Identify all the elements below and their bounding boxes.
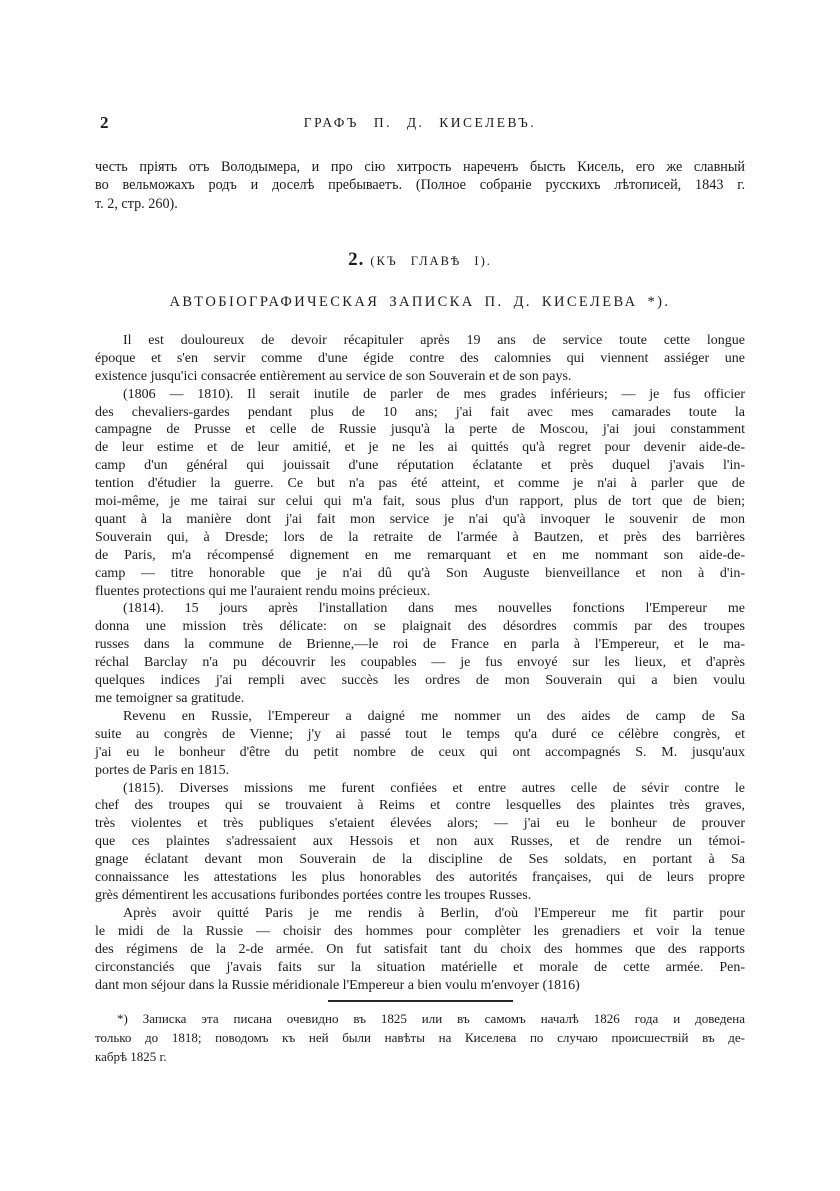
footnote: *) Записка эта писана очевидно въ 1825 и… [95,1010,745,1066]
text-line: de Paris, m'a récompensé dignement en me… [95,547,745,565]
text-line: tention d'étudier la guerre. Ce but n'a … [95,475,745,493]
text-line: Revenu en Russie, l'Empereur a daigné me… [95,708,745,726]
page-header: 2 ГРАФЪ П. Д. КИСЕЛЕВЪ. [95,115,745,135]
text-line: честь пріять отъ Володымера, и про сію х… [95,158,745,176]
paragraph: (1814). 15 jours après l'installation da… [95,600,745,707]
paragraph: *) Записка эта писана очевидно въ 1825 и… [95,1010,745,1066]
text-line: (1806 — 1810). Il serait inutile de parl… [95,386,745,404]
text-line: des régimens de la 2-de armée. On fut sa… [95,941,745,959]
text-line: réchal Barclay n'a pu découvrir les coup… [95,654,745,672]
page-number: 2 [100,113,109,133]
article-heading: АВТОБІОГРАФИЧЕСКАЯ ЗАПИСКА П. Д. КИСЕЛЕВ… [95,294,745,311]
section-heading: 2.(КЪ ГЛАВѢ I). [95,248,745,273]
text-line: russes dans la commune de Brienne,—le ro… [95,636,745,654]
text-line: campagne de Prusse et celle de Russie ju… [95,421,745,439]
text-line: de leur estime et de leur amitié, et je … [95,439,745,457]
text-line: т. 2, стр. 260). [95,195,745,213]
text-line: très violentes et très publiques s'etaie… [95,815,745,833]
intro-note: честь пріять отъ Володымера, и про сію х… [95,158,745,213]
text-line: époque et s'en servir comme d'une égide … [95,350,745,368]
running-title: ГРАФЪ П. Д. КИСЕЛЕВЪ. [95,115,745,131]
text-line: que ces plaintes s'adressaient aux Hesso… [95,833,745,851]
text-line: camp — titre honorable que je n'ai dû qu… [95,565,745,583]
text-line: moi-même, je me tairai sur celui qui m'a… [95,493,745,511]
section-number: 2. [348,249,364,270]
text-line: gnage éclatant devant mon Souverain de l… [95,851,745,869]
text-line: chef des troupes qui se trouvaient à Rei… [95,797,745,815]
paragraph: Il est douloureux de devoir récapituler … [95,332,745,386]
body-text: Il est douloureux de devoir récapituler … [95,332,745,995]
book-page: 2 ГРАФЪ П. Д. КИСЕЛЕВЪ. честь пріять отъ… [0,0,840,1191]
text-line: circonstanciés que j'avais faits sur la … [95,959,745,977]
text-line: connaissance les attestations les plus h… [95,869,745,887]
text-line: Il est douloureux de devoir récapituler … [95,332,745,350]
paragraph: честь пріять отъ Володымера, и про сію х… [95,158,745,213]
text-line: des chevaliers-gardes pendant plus de 10… [95,404,745,422]
text-line: quelques indices j'ai rempli avec succès… [95,672,745,690]
text-line: le midi de la Russie — choisir des homme… [95,923,745,941]
paragraph: Après avoir quitté Paris je me rendis à … [95,905,745,995]
text-line: quant à la manière dont j'ai fait mon se… [95,511,745,529]
text-line: me temoigner sa gratitude. [95,690,745,708]
text-line: dant mon séjour dans la Russie méridiona… [95,977,745,995]
paragraph: (1806 — 1810). Il serait inutile de parl… [95,386,745,601]
text-line: camp d'un général qui jouissait d'une ré… [95,457,745,475]
text-line: portes de Paris en 1815. [95,762,745,780]
text-line: suite au congrès de Vienne; j'y ai passé… [95,726,745,744]
text-line: donna une mission très délicate: on se p… [95,618,745,636]
text-line: grès démentirent les accusations furibon… [95,887,745,905]
text-line: Après avoir quitté Paris je me rendis à … [95,905,745,923]
text-line: j'ai eu le bonheur d'être du petit nombr… [95,744,745,762]
section-title: (КЪ ГЛАВѢ I). [370,254,492,268]
text-line: *) Записка эта писана очевидно въ 1825 и… [95,1010,745,1029]
text-line: (1815). Diverses missions me furent conf… [95,780,745,798]
text-line: fluentes protections qui me l'auraient r… [95,583,745,601]
paragraph: (1815). Diverses missions me furent conf… [95,780,745,905]
footnote-separator [328,1000,513,1002]
text-line: только до 1818; поводомъ къ ней были нав… [95,1029,745,1048]
text-line: (1814). 15 jours après l'installation da… [95,600,745,618]
text-line: кабрѣ 1825 г. [95,1048,745,1067]
paragraph: Revenu en Russie, l'Empereur a daigné me… [95,708,745,780]
text-line: во вельможахъ родъ и доселѣ пребываетъ. … [95,176,745,194]
text-line: Souverain qui, à Dresde; lors de la retr… [95,529,745,547]
text-line: existence jusqu'ici consacrée entièremen… [95,368,745,386]
